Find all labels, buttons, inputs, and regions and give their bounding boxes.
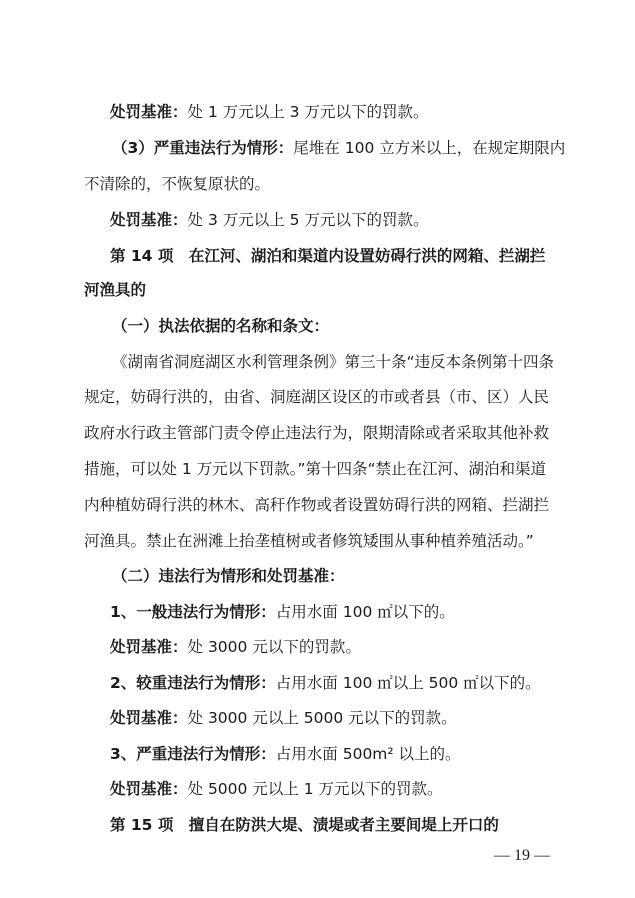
- bold-label: （一）执法依据的名称和条文：: [112, 317, 329, 335]
- bold-label: 处罚基准：: [110, 780, 188, 798]
- line-text: 尾堆在 100 立方米以上，在规定期限内: [293, 139, 565, 157]
- line-text: 处 1 万元以上 3 万元以下的罚款。: [188, 103, 429, 121]
- line-text: 河渔具。禁止在洲滩上抬垄植树或者修筑矮围从事种植养殖活动。”: [84, 532, 534, 550]
- bold-label: 处罚基准：: [110, 211, 188, 229]
- line-text: 处 3 万元以上 5 万元以下的罚款。: [188, 211, 429, 229]
- bold-label: 河渔具的: [84, 281, 146, 299]
- line-text: 措施，可以处 1 万元以下罚款。”第十四条“禁止在江河、湖泊和渠道: [84, 460, 546, 478]
- text-line: 处罚基准：处 5000 元以上 1 万元以下的罚款。: [110, 779, 635, 799]
- subsection-heading: （一）执法依据的名称和条文：: [112, 316, 635, 336]
- text-line: 1、一般违法行为情形：占用水面 100 ㎡以下的。: [110, 602, 635, 622]
- page-number: — 19 —: [494, 847, 550, 865]
- line-text: 占用水面 500m² 以上的。: [276, 745, 461, 763]
- bold-label: 处罚基准：: [110, 709, 188, 727]
- line-text: 占用水面 100 ㎡以下的。: [276, 603, 455, 621]
- text-line: 不清除的，不恢复原状的。: [84, 174, 635, 194]
- line-text: 处 5000 元以上 1 万元以下的罚款。: [188, 780, 443, 798]
- text-line: 措施，可以处 1 万元以下罚款。”第十四条“禁止在江河、湖泊和渠道: [84, 459, 635, 479]
- text-line: 内种植妨碍行洪的林木、高秆作物或者设置妨碍行洪的网箱、拦湖拦: [84, 495, 635, 515]
- section-heading: 河渔具的: [84, 280, 635, 300]
- text-line: 处罚基准：处 3000 元以上 5000 元以下的罚款。: [110, 708, 635, 728]
- text-line: 政府水行政主管部门责令停止违法行为，限期清除或者采取其他补救: [84, 423, 635, 443]
- bold-label: 1、一般违法行为情形：: [110, 603, 276, 621]
- bold-label: 2、较重违法行为情形：: [110, 674, 276, 692]
- text-line: 规定，妨碍行洪的，由省、洞庭湖区设区的市或者县（市、区）人民: [84, 387, 635, 407]
- section-heading: 第 15 项 擅自在防洪大堤、渍堤或者主要间堤上开口的: [110, 815, 635, 835]
- bold-label: 处罚基准：: [110, 638, 188, 656]
- line-text: 处 3000 元以下的罚款。: [188, 638, 361, 656]
- line-text: 内种植妨碍行洪的林木、高秆作物或者设置妨碍行洪的网箱、拦湖拦: [84, 496, 549, 514]
- line-text: 处 3000 元以上 5000 元以下的罚款。: [188, 709, 457, 727]
- bold-label: 第 14 项 在江河、湖泊和渠道内设置妨碍行洪的网箱、拦湖拦: [110, 247, 545, 265]
- text-line: 河渔具。禁止在洲滩上抬垄植树或者修筑矮围从事种植养殖活动。”: [84, 531, 635, 551]
- line-text: 不清除的，不恢复原状的。: [84, 175, 270, 193]
- text-line: 《湖南省洞庭湖区水利管理条例》第三十条“违反本条例第十四条: [112, 352, 635, 372]
- line-text: 政府水行政主管部门责令停止违法行为，限期清除或者采取其他补救: [84, 424, 549, 442]
- bold-label: （3）严重违法行为情形：: [112, 139, 293, 157]
- text-line: 3、严重违法行为情形：占用水面 500m² 以上的。: [110, 744, 635, 764]
- section-heading: 第 14 项 在江河、湖泊和渠道内设置妨碍行洪的网箱、拦湖拦: [110, 246, 635, 266]
- text-line: 处罚基准：处 3 万元以上 5 万元以下的罚款。: [110, 210, 635, 230]
- line-text: 规定，妨碍行洪的，由省、洞庭湖区设区的市或者县（市、区）人民: [84, 388, 549, 406]
- subsection-heading: （二）违法行为情形和处罚基准：: [112, 566, 635, 586]
- bold-label: 3、严重违法行为情形：: [110, 745, 276, 763]
- text-line: 处罚基准：处 3000 元以下的罚款。: [110, 637, 635, 657]
- text-line: 处罚基准：处 1 万元以上 3 万元以下的罚款。: [110, 102, 635, 122]
- text-line: 2、较重违法行为情形：占用水面 100 ㎡以上 500 ㎡以下的。: [110, 673, 635, 693]
- bold-label: （二）违法行为情形和处罚基准：: [112, 567, 345, 585]
- line-text: 《湖南省洞庭湖区水利管理条例》第三十条“违反本条例第十四条: [112, 353, 554, 371]
- line-text: 占用水面 100 ㎡以上 500 ㎡以下的。: [276, 674, 541, 692]
- bold-label: 处罚基准：: [110, 103, 188, 121]
- bold-label: 第 15 项 擅自在防洪大堤、渍堤或者主要间堤上开口的: [110, 816, 499, 834]
- text-line: （3）严重违法行为情形：尾堆在 100 立方米以上，在规定期限内: [112, 138, 635, 158]
